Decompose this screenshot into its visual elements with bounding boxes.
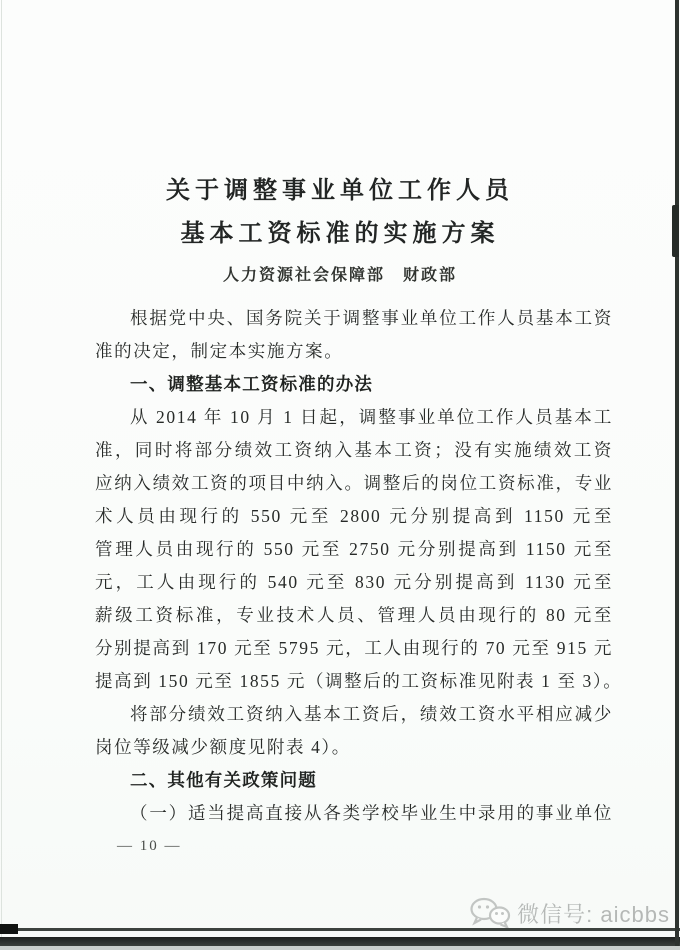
document-title-line-2: 基本工资标准的实施方案 [60,213,620,256]
paragraph-1-line-2: 准的决定，制定本实施方案。 [95,335,613,368]
paragraph-2-line-7: 薪级工资标准，专业技术人员、管理人员由现行的 80 元至 2600 元 [95,599,613,632]
page-number: — 10 — [117,834,182,858]
paragraph-2-line-5: 管理人员由现行的 550 元至 2750 元分别提高到 1150 元至 3770 [95,533,613,566]
wechat-icon [469,896,511,930]
scan-footer-left-blob [0,924,18,934]
paragraph-2-line-1: 从 2014 年 10 月 1 日起，调整事业单位工作人员基本工资标 [95,401,613,434]
paragraph-1-line-1: 根据党中央、国务院关于调整事业单位工作人员基本工资标 [95,302,613,335]
document-body: 根据党中央、国务院关于调整事业单位工作人员基本工资标 准的决定，制定本实施方案。… [95,302,613,830]
paragraph-3-line-2: 岗位等级减少额度见附表 4）。 [95,731,613,764]
paragraph-2-line-6: 元，工人由现行的 540 元至 830 元分别提高到 1130 元至 1640 … [95,566,613,599]
scan-right-edge-thick-segment [672,205,679,257]
scan-footer-thin-line [0,928,680,931]
scan-footer-bottom-strip [0,946,680,950]
paragraph-3-line-1: 将部分绩效工资纳入基本工资后，绩效工资水平相应减少（各 [95,698,613,731]
section-heading-1: 一、调整基本工资标准的办法 [95,368,613,401]
wechat-watermark: 微信号: aicbbs [469,896,670,930]
paragraph-2-line-9: 提高到 150 元至 1855 元（调整后的工资标准见附表 1 至 3）。 [95,665,613,698]
paragraph-4-line-1: （一）适当提高直接从各类学校毕业生中录用的事业单位工作 [95,797,613,830]
wechat-watermark-label: 微信号: aicbbs [517,898,670,929]
paragraph-2-line-2: 准，同时将部分绩效工资纳入基本工资；没有实施绩效工资的，从 [95,434,613,467]
paragraph-2-line-8: 分别提高到 170 元至 5795 元，工人由现行的 70 元至 915 元分别 [95,632,613,665]
document-title-line-1: 关于调整事业单位工作人员 [60,170,620,213]
document-title: 关于调整事业单位工作人员 基本工资标准的实施方案 [60,170,620,256]
paragraph-2-line-3: 应纳入绩效工资的项目中纳入。调整后的岗位工资标准，专业技 [95,467,613,500]
scan-footer-thick-bar [0,937,680,946]
scanned-document-page: 关于调整事业单位工作人员 基本工资标准的实施方案 人力资源社会保障部 财政部 根… [0,0,680,950]
scan-left-edge-line [1,0,2,950]
document-byline: 人力资源社会保障部 财政部 [60,262,620,285]
section-heading-2: 二、其他有关政策问题 [95,764,613,797]
scan-right-edge-line [675,0,679,946]
paragraph-2-line-4: 术人员由现行的 550 元至 2800 元分别提高到 1150 元至 3810 … [95,500,613,533]
